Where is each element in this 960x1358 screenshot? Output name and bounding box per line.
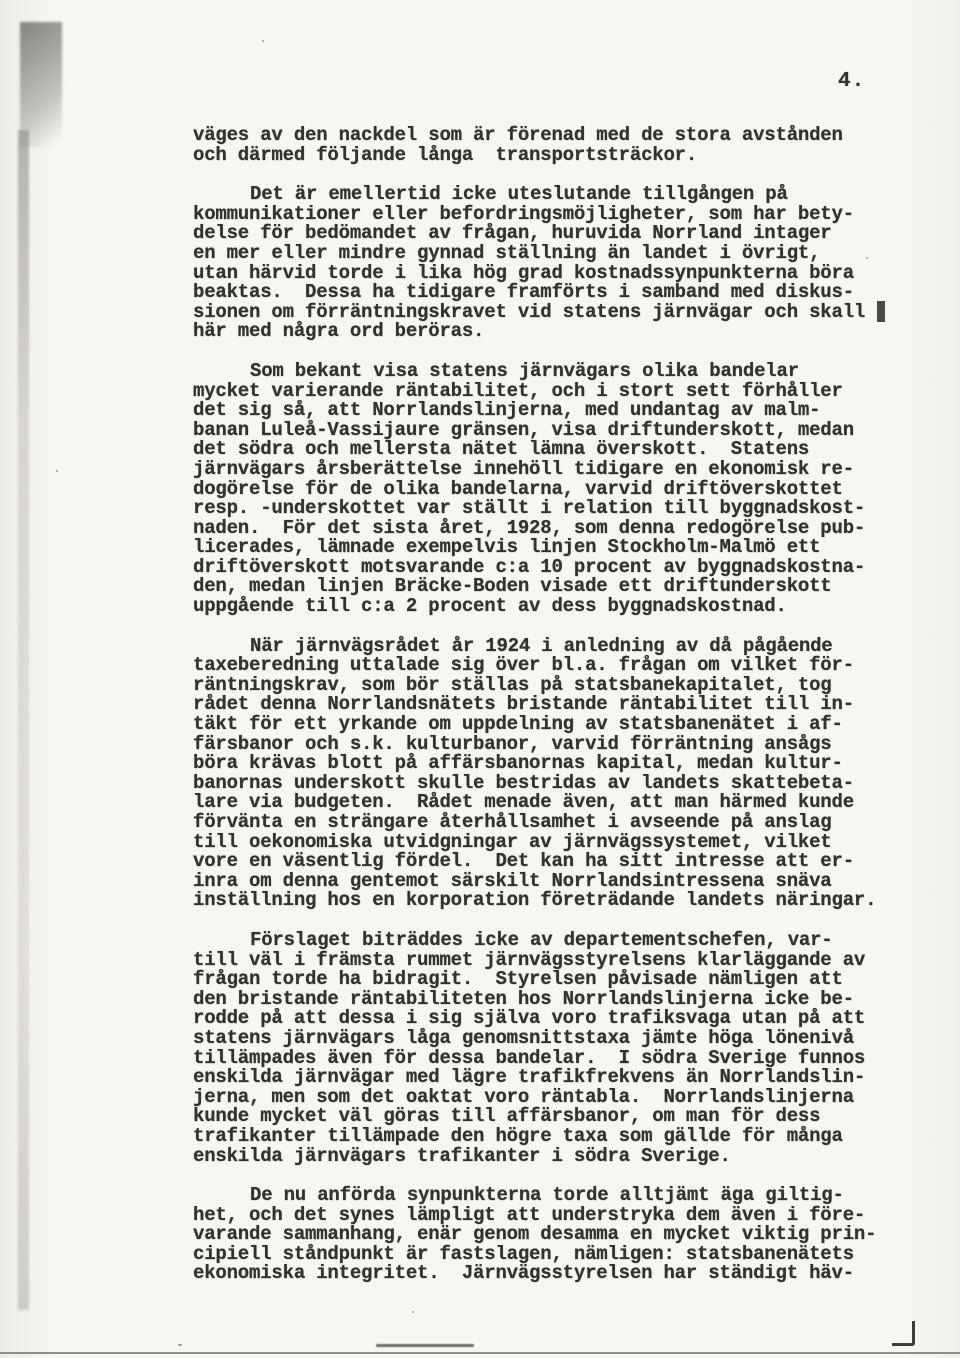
text-line: trafikanter tillämpade den högre taxa so… bbox=[193, 1127, 909, 1147]
text-line: resp. -underskottet var ställt i relatio… bbox=[193, 499, 909, 519]
text-line: varande sammanhang, enär genom desamma e… bbox=[193, 1225, 909, 1245]
text-line: taxeberedning uttalade sig över bl.a. fr… bbox=[193, 656, 909, 676]
paragraph: Förslaget biträddes icke av departements… bbox=[193, 931, 909, 1166]
text-line: vore en väsentlig fördel. Det kan ha sit… bbox=[193, 852, 909, 872]
scanned-page: 4. väges av den nackdel som är förenad m… bbox=[0, 0, 960, 1358]
text-line: väges av den nackdel som är förenad med … bbox=[193, 126, 909, 146]
text-line: uppgående till c:a 2 procent av dess byg… bbox=[193, 597, 909, 617]
text-line: täkt för ett yrkande om uppdelning av st… bbox=[193, 715, 909, 735]
paragraph: När järnvägsrådet år 1924 i anledning av… bbox=[193, 637, 909, 911]
text-line: rodde på att dessa i sig själva voro tra… bbox=[193, 1009, 909, 1029]
text-line: en mer eller mindre gynnad ställning än … bbox=[193, 244, 909, 264]
page-number: 4. bbox=[838, 70, 865, 93]
text-line: Som bekant visa statens järnvägars olika… bbox=[193, 362, 909, 382]
scan-bottom-edge-line bbox=[0, 1352, 960, 1354]
text-line: kunde mycket väl göras till affärsbanor,… bbox=[193, 1107, 909, 1127]
scan-bottom-smudge bbox=[376, 1344, 474, 1347]
text-line: Det är emellertid icke uteslutande tillg… bbox=[193, 185, 909, 205]
text-line: De nu anförda synpunkterna torde alltjäm… bbox=[193, 1186, 909, 1206]
text-line: det södra och mellersta nätet lämna över… bbox=[193, 440, 909, 460]
text-line: enskilda järnvägar med lägre trafikfrekv… bbox=[193, 1068, 909, 1088]
document-body: väges av den nackdel som är förenad med … bbox=[193, 126, 909, 1304]
text-line: järnvägars årsberättelse innehöll tidiga… bbox=[193, 460, 909, 480]
scan-blob-topleft bbox=[20, 22, 62, 147]
scan-speck bbox=[412, 1311, 414, 1313]
paragraph: Som bekant visa statens järnvägars olika… bbox=[193, 362, 909, 617]
paragraph: väges av den nackdel som är förenad med … bbox=[193, 126, 909, 165]
paragraph: Det är emellertid icke uteslutande tillg… bbox=[193, 185, 909, 342]
text-line: statens järnvägars låga genomsnittstaxa … bbox=[193, 1029, 909, 1049]
scan-speck bbox=[178, 1344, 182, 1346]
text-line: det sig så, att Norrlandslinjerna, med u… bbox=[193, 401, 909, 421]
text-line: frågan torde ha bidragit. Styrelsen påvi… bbox=[193, 970, 909, 990]
scan-speck bbox=[262, 40, 264, 42]
text-line: beaktas. Dessa ha tidigare framförts i s… bbox=[193, 283, 909, 303]
scan-speck bbox=[56, 470, 58, 472]
text-line: och därmed följande långa transportsträc… bbox=[193, 146, 909, 166]
scan-spine-shadow bbox=[18, 130, 29, 1310]
scan-corner-bracket-mark bbox=[892, 1321, 915, 1346]
text-line: inställning hos en korporation företräda… bbox=[193, 891, 909, 911]
text-line: enskilda järnvägars trafikanter i södra … bbox=[193, 1147, 909, 1167]
text-line: ekonomiska integritet. Järnvägsstyrelsen… bbox=[193, 1264, 909, 1284]
text-line: böra krävas blott på affärsbanornas kapi… bbox=[193, 754, 909, 774]
text-line: förvänta en strängare återhållsamhet i a… bbox=[193, 813, 909, 833]
text-line: här med några ord beröras. bbox=[193, 322, 909, 342]
paragraph: De nu anförda synpunkterna torde alltjäm… bbox=[193, 1186, 909, 1284]
text-line: Förslaget biträddes icke av departements… bbox=[193, 931, 909, 951]
text-line: licerades, lämnade exempelvis linjen Sto… bbox=[193, 538, 909, 558]
